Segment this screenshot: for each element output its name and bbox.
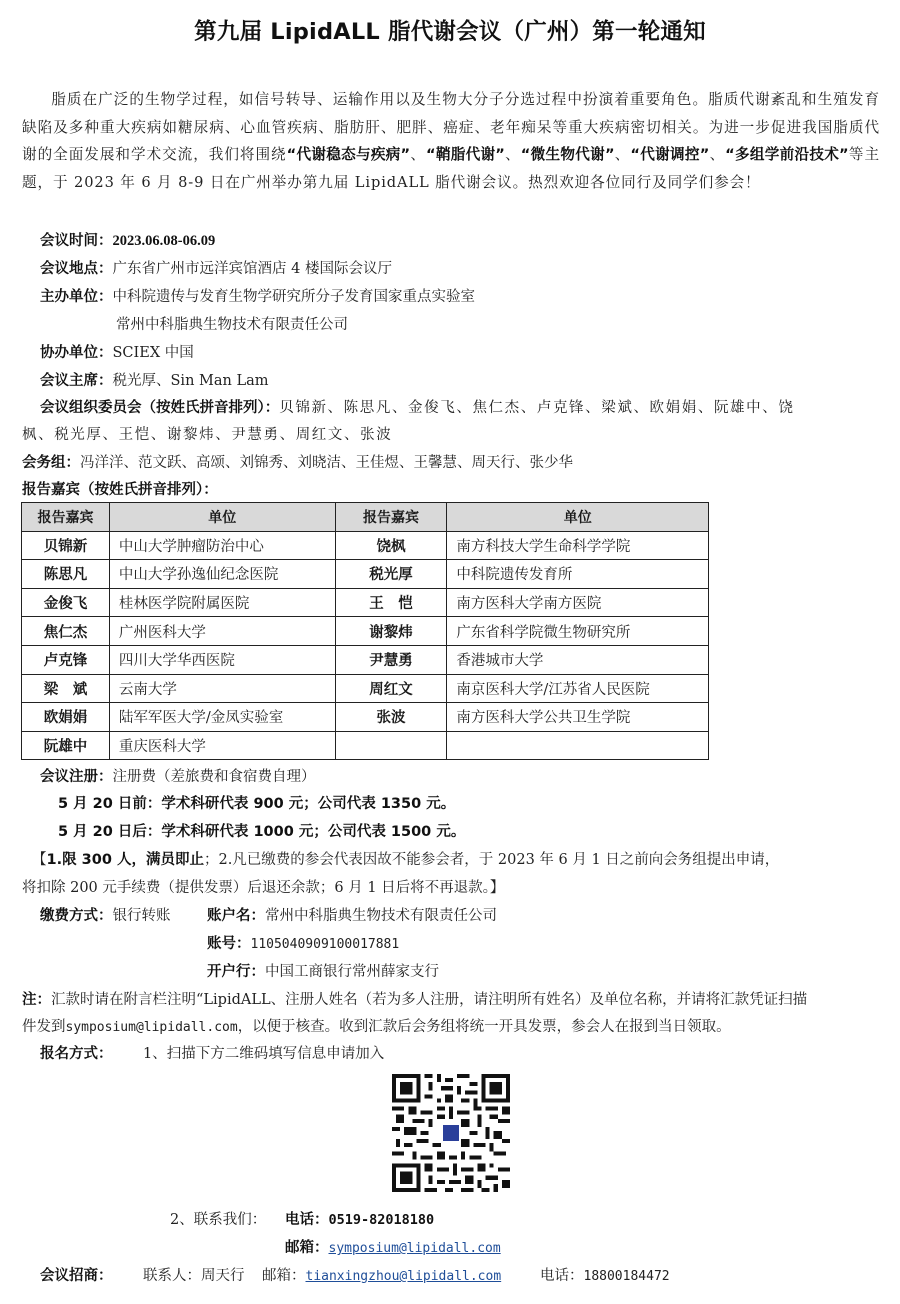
bank-value: 中国工商银行常州薛家支行 <box>265 964 439 980</box>
meeting-chair-value: 税光厚、Sin Man Lam <box>113 373 269 389</box>
meeting-venue: 会议地点：广东省广州市远洋宾馆酒店 4 楼国际会议厅 <box>40 257 392 278</box>
payment-method-label: 缴费方式： <box>40 908 113 924</box>
speaker-name: 金俊飞 <box>22 588 110 617</box>
registration-value: 注册费（差旅费和食宿费自理） <box>113 769 316 785</box>
table-row: 欧娟娟 陆军军医大学/金凤实验室 张波 南方医科大学公共卫生学院 <box>22 703 709 732</box>
speaker-name: 贝锦新 <box>22 531 110 560</box>
sponsorship-phone: 电话：18800184472 <box>540 1264 670 1285</box>
speaker-name: 张波 <box>335 703 447 732</box>
remark-line-2-post: ，以便于核查。收到汇款后会务组将统一开具发票，参会人在报到当日领取。 <box>238 1019 731 1035</box>
sponsor-contact-value: 周天行 <box>201 1268 245 1284</box>
sponsor-email-label: 邮箱： <box>262 1268 306 1284</box>
speakers-heading: 报告嘉宾（按姓氏拼音排列）： <box>22 478 218 499</box>
separator: 、 <box>505 146 521 163</box>
speaker-org: 云南大学 <box>109 674 335 703</box>
qr-code-icon[interactable] <box>392 1073 510 1193</box>
speaker-name: 阮雄中 <box>22 731 110 760</box>
speaker-org: 南方医科大学公共卫生学院 <box>447 703 709 732</box>
speaker-name: 周红文 <box>335 674 447 703</box>
header-org: 单位 <box>109 503 335 532</box>
bank-label: 开户行： <box>207 964 265 980</box>
host-org-2: 常州中科脂典生物技术有限责任公司 <box>116 313 348 334</box>
sponsorship: 会议招商： <box>40 1264 113 1285</box>
remark-email: symposium@lipidall.com <box>66 1020 238 1035</box>
theme-5: “多组学前沿技术” <box>725 146 849 163</box>
speaker-name <box>335 731 447 760</box>
account-number-value: 1105040909100017881 <box>251 937 400 952</box>
host-org-label: 主办单位： <box>40 289 113 305</box>
speaker-name: 王 恺 <box>335 588 447 617</box>
contact-email: 邮箱：symposium@lipidall.com <box>285 1236 501 1257</box>
separator: 、 <box>615 146 631 163</box>
speaker-org: 香港城市大学 <box>447 645 709 674</box>
remark-line-2-pre: 件发到 <box>22 1019 66 1035</box>
committee-cont: 枫、税光厚、王恺、谢黎炜、尹慧勇、周红文、张波 <box>22 423 392 444</box>
meeting-time-value: 2023.06.08-06.09 <box>113 233 216 249</box>
remark-cont: 件发到symposium@lipidall.com，以便于核查。收到汇款后会务组… <box>22 1015 731 1036</box>
speaker-name: 税光厚 <box>335 560 447 589</box>
header-speaker: 报告嘉宾 <box>335 503 447 532</box>
table-row: 阮雄中 重庆医科大学 <box>22 731 709 760</box>
registration-label: 会议注册： <box>40 769 113 785</box>
cohost-org-label: 协办单位： <box>40 345 113 361</box>
refund-note: 【1.限 300 人，满员即止；2.凡已缴费的参会代表因故不能参会者，于 202… <box>32 848 779 869</box>
fee-after: 5 月 20 日后：学术科研代表 1000 元；公司代表 1500 元。 <box>58 820 465 841</box>
speaker-name: 谢黎炜 <box>335 617 447 646</box>
cohost-org-value: SCIEX 中国 <box>113 345 194 361</box>
speaker-org: 中科院遗传发育所 <box>447 560 709 589</box>
account-number: 账号：1105040909100017881 <box>207 932 399 953</box>
meeting-time: 会议时间：2023.06.08-06.09 <box>40 229 215 250</box>
contact-phone: 电话：0519-82018180 <box>285 1208 434 1229</box>
contact-phone-value: 0519-82018180 <box>329 1212 435 1228</box>
bracket: 【 <box>32 852 47 868</box>
meeting-venue-label: 会议地点： <box>40 261 113 277</box>
sponsorship-label: 会议招商： <box>40 1268 113 1284</box>
payment-method-value: 银行转账 <box>113 908 171 924</box>
staff-group-value: 冯洋洋、范文跃、高颂、刘锦秀、刘晓洁、王佳煜、王馨慧、周天行、张少华 <box>80 455 573 471</box>
host-org-value-1: 中科院遗传与发育生物学研究所分子发育国家重点实验室 <box>113 289 476 305</box>
qr-code-graphic <box>392 1073 510 1193</box>
speaker-org: 陆军军医大学/金凤实验室 <box>109 703 335 732</box>
capacity-limit: 1.限 300 人，满员即止 <box>47 852 204 868</box>
meeting-chair: 会议主席：税光厚、Sin Man Lam <box>40 369 268 390</box>
speaker-org: 中山大学孙逸仙纪念医院 <box>109 560 335 589</box>
theme-2: “鞘脂代谢” <box>426 146 505 163</box>
speaker-org: 南方医科大学南方医院 <box>447 588 709 617</box>
speaker-name: 梁 斌 <box>22 674 110 703</box>
contact-us-label: 2、联系我们： <box>170 1212 266 1228</box>
payment-method: 缴费方式：银行转账 <box>40 904 171 925</box>
signup-step-1-text: 1、扫描下方二维码填写信息申请加入 <box>143 1046 384 1062</box>
sponsorship-contact: 联系人：周天行 <box>143 1264 245 1285</box>
signup-label: 报名方式： <box>40 1046 113 1062</box>
refund-note-cont: 将扣除 200 元手续费（提供发票）后退还余款；6 月 1 日后将不再退款。】 <box>22 876 504 897</box>
speakers-heading-label: 报告嘉宾（按姓氏拼音排列）： <box>22 482 218 498</box>
meeting-chair-label: 会议主席： <box>40 373 113 389</box>
speaker-name: 焦仁杰 <box>22 617 110 646</box>
table-row: 卢克锋 四川大学华西医院 尹慧勇 香港城市大学 <box>22 645 709 674</box>
speaker-name: 饶枫 <box>335 531 447 560</box>
signup-step-2: 2、联系我们： <box>170 1208 266 1229</box>
account-name-label: 账户名： <box>207 908 265 924</box>
header-speaker: 报告嘉宾 <box>22 503 110 532</box>
separator: 、 <box>710 146 726 163</box>
account-number-label: 账号： <box>207 936 251 952</box>
sponsor-contact-label: 联系人： <box>143 1268 201 1284</box>
theme-1: “代谢稳态与疾病” <box>287 146 411 163</box>
committee-label: 会议组织委员会（按姓氏拼音排列）： <box>40 400 279 416</box>
speaker-org: 桂林医学院附属医院 <box>109 588 335 617</box>
committee: 会议组织委员会（按姓氏拼音排列）：贝锦新、陈思凡、金俊飞、焦仁杰、卢克锋、梁斌、… <box>40 396 794 417</box>
speaker-org: 四川大学华西医院 <box>109 645 335 674</box>
meeting-venue-value: 广东省广州市远洋宾馆酒店 4 楼国际会议厅 <box>113 261 392 277</box>
sponsorship-email: 邮箱：tianxingzhou@lipidall.com <box>262 1264 501 1285</box>
theme-3: “微生物代谢” <box>521 146 615 163</box>
speaker-name: 尹慧勇 <box>335 645 447 674</box>
contact-email-link[interactable]: symposium@lipidall.com <box>329 1241 501 1256</box>
staff-group-label: 会务组： <box>22 455 80 471</box>
separator: 、 <box>410 146 426 163</box>
header-org: 单位 <box>447 503 709 532</box>
sponsor-phone-label: 电话： <box>540 1268 584 1284</box>
registration: 会议注册：注册费（差旅费和食宿费自理） <box>40 765 316 786</box>
remark-line-1: 汇款时请在附言栏注明“LipidALL、注册人姓名（若为多人注册，请注明所有姓名… <box>51 992 807 1008</box>
table-row: 陈思凡 中山大学孙逸仙纪念医院 税光厚 中科院遗传发育所 <box>22 560 709 589</box>
speaker-name: 陈思凡 <box>22 560 110 589</box>
speaker-org: 广州医科大学 <box>109 617 335 646</box>
contact-email-label: 邮箱： <box>285 1240 329 1256</box>
page-title: 第九届 LipidALL 脂代谢会议（广州）第一轮通知 <box>0 14 900 46</box>
speaker-name: 欧娟娟 <box>22 703 110 732</box>
table-header-row: 报告嘉宾 单位 报告嘉宾 单位 <box>22 503 709 532</box>
staff-group: 会务组：冯洋洋、范文跃、高颂、刘锦秀、刘晓洁、王佳煜、王馨慧、周天行、张少华 <box>22 451 573 472</box>
host-org: 主办单位：中科院遗传与发育生物学研究所分子发育国家重点实验室 <box>40 285 475 306</box>
speaker-name: 卢克锋 <box>22 645 110 674</box>
speaker-org: 中山大学肿瘤防治中心 <box>109 531 335 560</box>
signup-method: 报名方式： <box>40 1042 113 1063</box>
committee-value-2: 枫、税光厚、王恺、谢黎炜、尹慧勇、周红文、张波 <box>22 427 392 443</box>
sponsor-email-link[interactable]: tianxingzhou@lipidall.com <box>306 1269 502 1284</box>
speaker-org <box>447 731 709 760</box>
speaker-org: 南方科技大学生命科学学院 <box>447 531 709 560</box>
remark-label: 注： <box>22 992 51 1008</box>
table-row: 梁 斌 云南大学 周红文 南京医科大学/江苏省人民医院 <box>22 674 709 703</box>
contact-phone-label: 电话： <box>285 1212 329 1228</box>
account-name-value: 常州中科脂典生物技术有限责任公司 <box>265 908 497 924</box>
meeting-time-label: 会议时间： <box>40 233 113 249</box>
speaker-org: 南京医科大学/江苏省人民医院 <box>447 674 709 703</box>
theme-4: “代谢调控” <box>630 146 709 163</box>
committee-value-1: 贝锦新、陈思凡、金俊飞、焦仁杰、卢克锋、梁斌、欧娟娟、阮雄中、饶 <box>279 400 794 416</box>
table-row: 焦仁杰 广州医科大学 谢黎炜 广东省科学院微生物研究所 <box>22 617 709 646</box>
fee-before-text: 5 月 20 日前：学术科研代表 900 元；公司代表 1350 元。 <box>58 796 455 812</box>
refund-text-1: ；2.凡已缴费的参会代表因故不能参会者，于 2023 年 6 月 1 日之前向会… <box>204 852 779 868</box>
bank: 开户行：中国工商银行常州薛家支行 <box>207 960 439 981</box>
remark: 注：汇款时请在附言栏注明“LipidALL、注册人姓名（若为多人注册，请注明所有… <box>22 988 807 1009</box>
refund-text-2: 将扣除 200 元手续费（提供发票）后退还余款；6 月 1 日后将不再退款。】 <box>22 880 504 896</box>
intro-paragraph: 脂质在广泛的生物学过程，如信号转导、运输作用以及生物大分子分选过程中扮演着重要角… <box>22 86 880 196</box>
speaker-org: 重庆医科大学 <box>109 731 335 760</box>
sponsor-phone-value: 18800184472 <box>584 1269 670 1284</box>
fee-after-text: 5 月 20 日后：学术科研代表 1000 元；公司代表 1500 元。 <box>58 824 465 840</box>
table-row: 金俊飞 桂林医学院附属医院 王 恺 南方医科大学南方医院 <box>22 588 709 617</box>
account-name: 账户名：常州中科脂典生物技术有限责任公司 <box>207 904 497 925</box>
speaker-org: 广东省科学院微生物研究所 <box>447 617 709 646</box>
speakers-table: 报告嘉宾 单位 报告嘉宾 单位 贝锦新 中山大学肿瘤防治中心 饶枫 南方科技大学… <box>21 502 709 760</box>
fee-before: 5 月 20 日前：学术科研代表 900 元；公司代表 1350 元。 <box>58 792 455 813</box>
cohost-org: 协办单位：SCIEX 中国 <box>40 341 194 362</box>
signup-step-1: 1、扫描下方二维码填写信息申请加入 <box>143 1042 384 1063</box>
host-org-value-2: 常州中科脂典生物技术有限责任公司 <box>116 317 348 333</box>
table-row: 贝锦新 中山大学肿瘤防治中心 饶枫 南方科技大学生命科学学院 <box>22 531 709 560</box>
